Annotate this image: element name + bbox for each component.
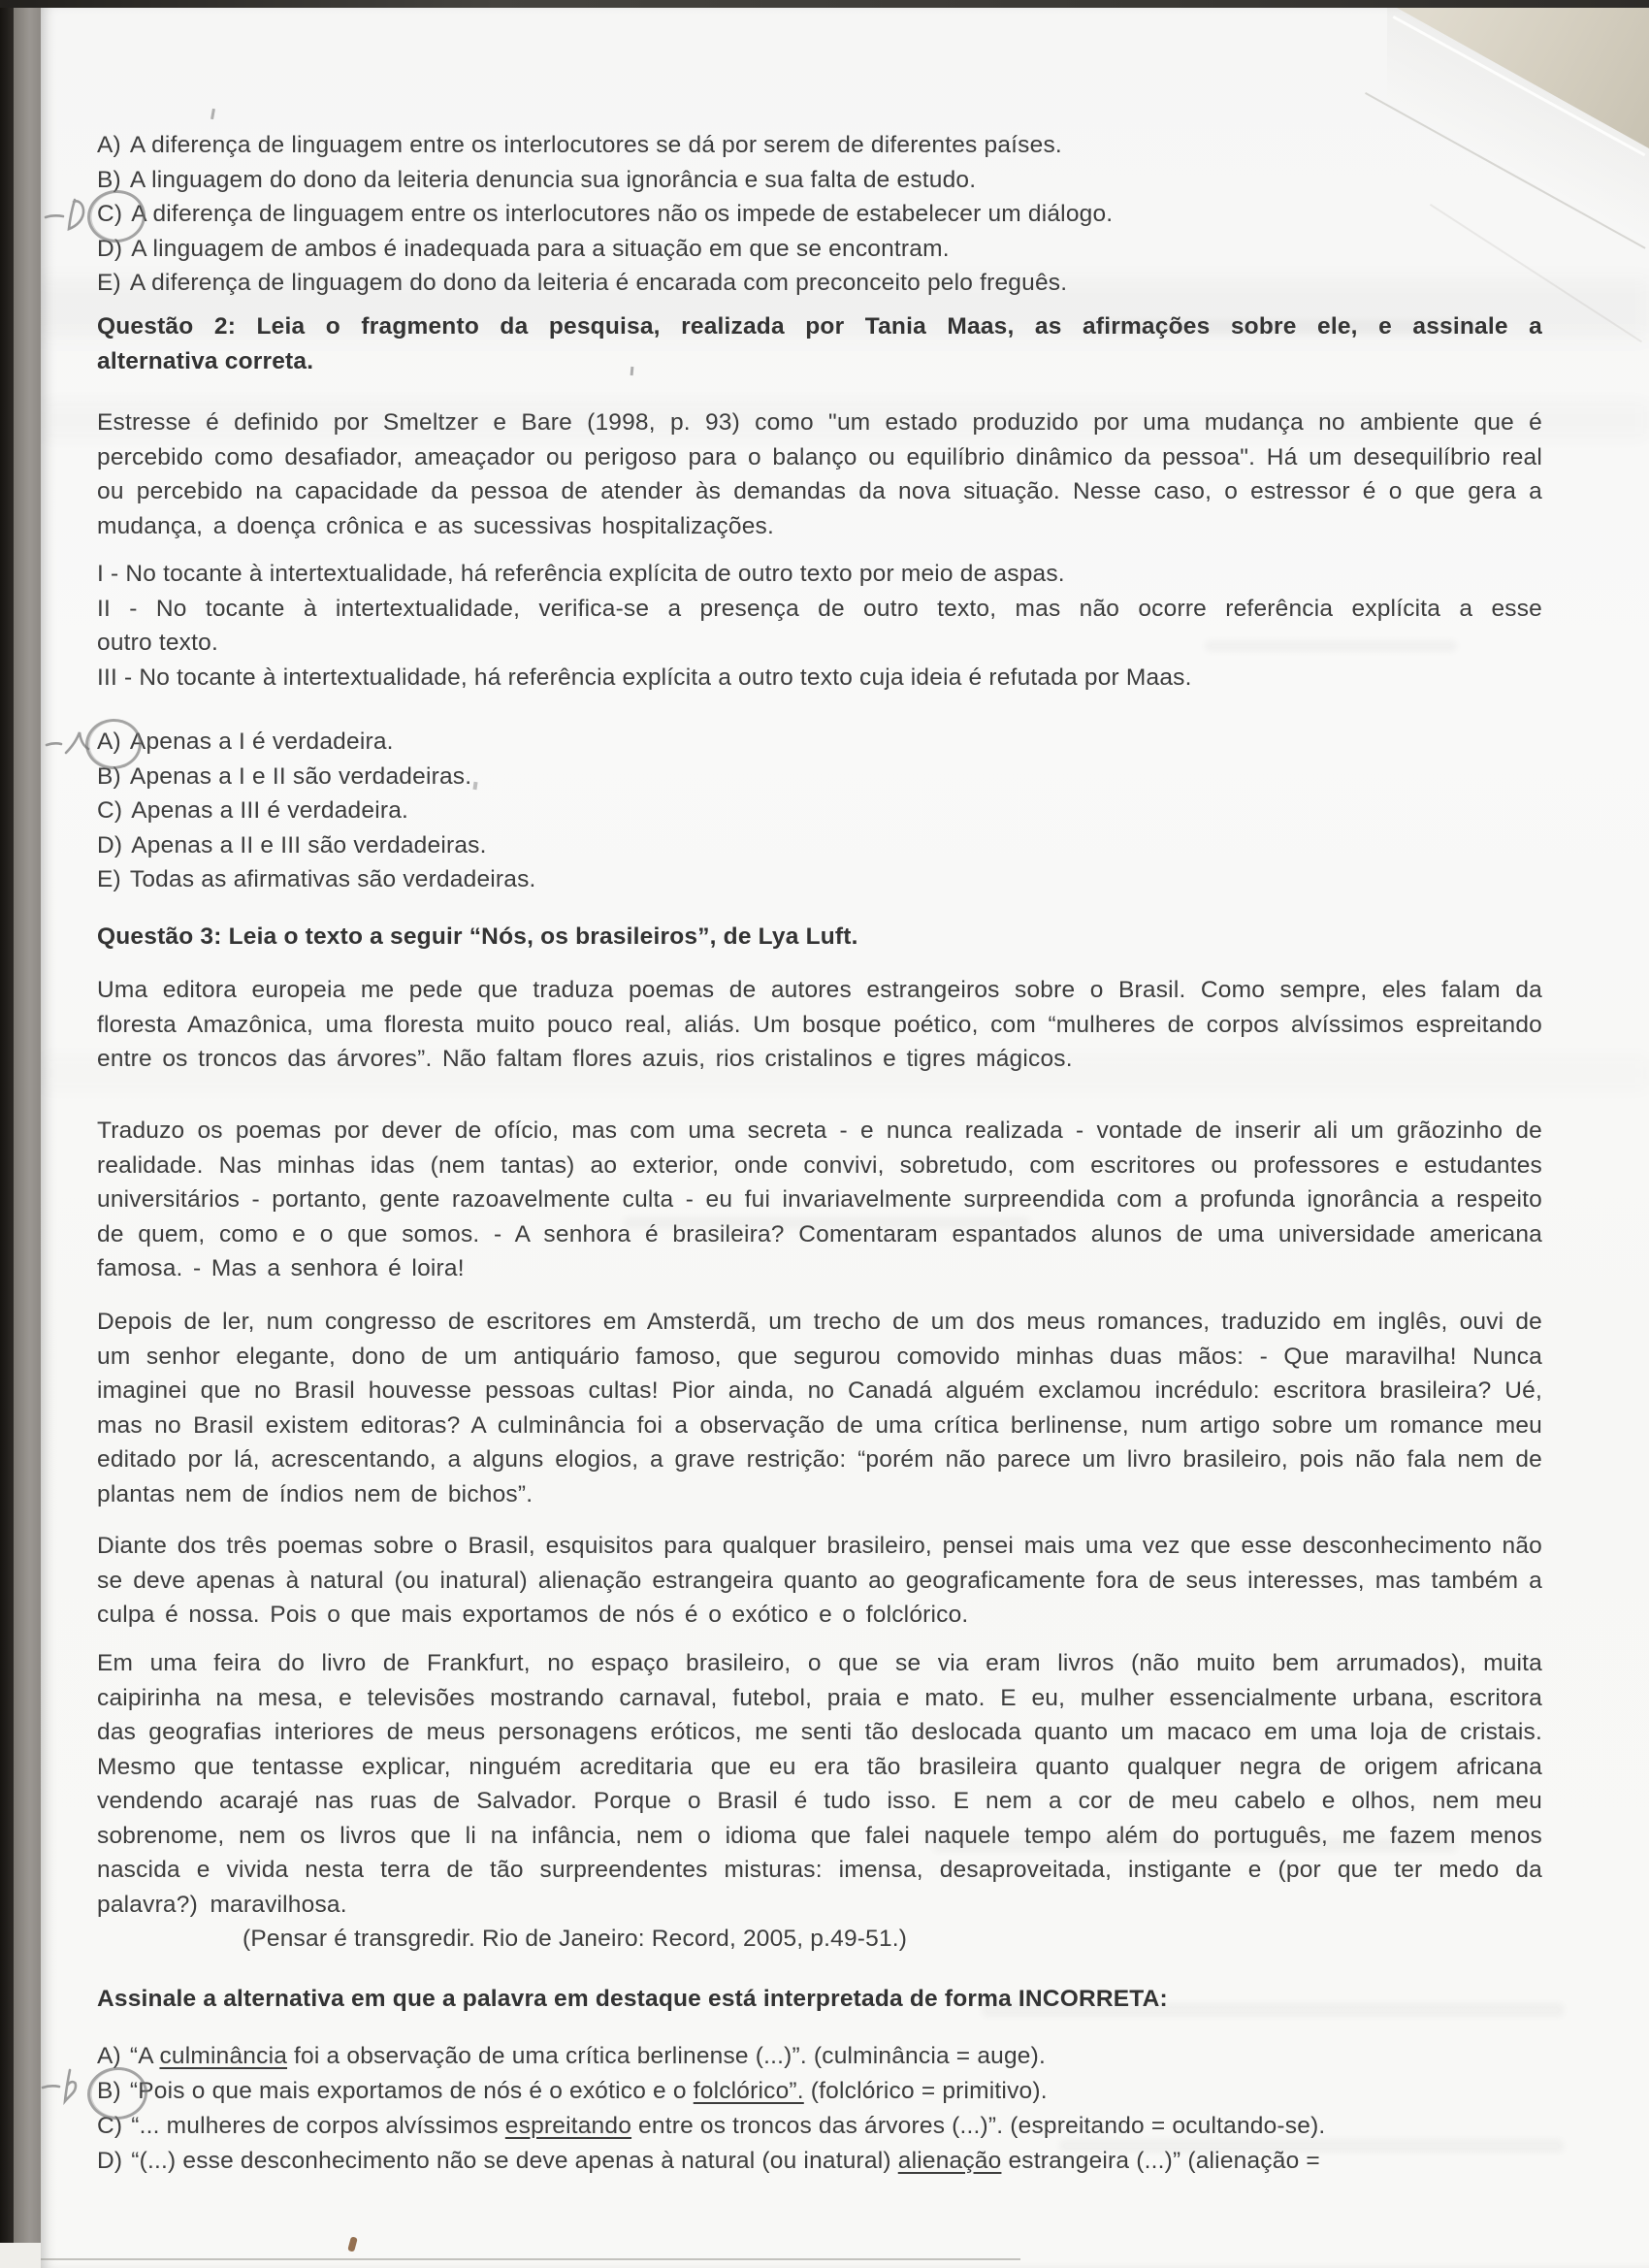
option-row: C)Apenas a III é verdadeira. (97, 794, 1542, 828)
statement-line: I - No tocante à intertextualidade, há r… (97, 557, 1542, 592)
underlined-word: folclórico”. (694, 2078, 804, 2104)
q3-paragraph-5: Em uma feira do livro de Frankfurt, no e… (97, 1646, 1542, 1922)
q2-heading-line2: alternativa correta. (97, 344, 1542, 379)
option-row: C)A diferença de linguagem entre os inte… (97, 197, 1542, 232)
option-text: A diferença de linguagem entre os interl… (131, 201, 1113, 227)
citation: (Pensar é transgredir. Rio de Janeiro: R… (97, 1922, 1649, 1957)
q2-options-block: A)Apenas a I é verdadeira. B)Apenas a I … (97, 725, 1542, 897)
bleed-through-ghost (1088, 320, 1476, 334)
underlined-word: alienação (898, 2148, 1002, 2174)
scan-shade-band (41, 401, 1649, 439)
bleed-through-ghost (933, 1838, 1457, 1852)
bleed-through-ghost (1059, 2139, 1564, 2153)
underlined-word: culminância (159, 2043, 287, 2069)
option-text: Apenas a I e II são verdadeiras. (130, 763, 471, 790)
option-label: D) (97, 2144, 122, 2179)
option-text: “A culminância foi a observação de uma c… (130, 2043, 1046, 2069)
pencil-margin-mark-arrow (45, 724, 91, 766)
option-row: B)A linguagem do dono da leiteria denunc… (97, 163, 1542, 198)
option-row: B)Apenas a I e II são verdadeiras. (97, 760, 1542, 794)
option-text: A linguagem de ambos é inadequada para a… (131, 236, 949, 262)
paper-sheet: A)A diferença de linguagem entre os inte… (41, 8, 1649, 2268)
option-text: “Pois o que mais exportamos de nós é o e… (130, 2078, 1048, 2104)
q3-paragraph-2: Traduzo os poemas por dever de ofício, m… (97, 1114, 1542, 1286)
option-row: E)Todas as afirmativas são verdadeiras. (97, 862, 1542, 897)
option-row: D)A linguagem de ambos é inadequada para… (97, 232, 1542, 267)
option-row: A)A diferença de linguagem entre os inte… (97, 128, 1542, 163)
option-label: C) (97, 794, 122, 828)
option-text: Todas as afirmativas são verdadeiras. (130, 866, 536, 892)
option-row: A)Apenas a I é verdadeira. (97, 725, 1542, 760)
option-label: E) (97, 862, 121, 897)
q2-statements: I - No tocante à intertextualidade, há r… (97, 557, 1542, 695)
pencil-margin-mark-b (41, 2064, 91, 2107)
q3-heading: Questão 3: Leia o texto a seguir “Nós, o… (97, 920, 1542, 955)
q1-options-block: A)A diferença de linguagem entre os inte… (97, 128, 1542, 301)
q3-paragraph-3: Depois de ler, num congresso de escritor… (97, 1305, 1542, 1511)
option-row: D)Apenas a II e III são verdadeiras. (97, 828, 1542, 863)
scan-shade-band (41, 1055, 1649, 1090)
scanner-edge-left-gray (14, 0, 41, 2243)
q3-options-block: A)“A culminância foi a observação de uma… (97, 2039, 1610, 2179)
option-text: “... mulheres de corpos alvíssimos espre… (131, 2113, 1325, 2139)
statement-line: II - No tocante à intertextualidade, ver… (97, 592, 1542, 627)
q3-paragraph-4: Diante dos três poemas sobre o Brasil, e… (97, 1529, 1542, 1633)
option-text: A diferença de linguagem entre os interl… (130, 132, 1062, 158)
bleed-through-ghost (982, 2003, 1564, 2017)
scan-bottom-line (41, 2258, 1020, 2260)
statement-line: III - No tocante à intertextualidade, há… (97, 661, 1542, 696)
option-text: A linguagem do dono da leiteria denuncia… (130, 167, 976, 193)
scanner-edge-bottom-notch (0, 2243, 41, 2268)
option-row: A)“A culminância foi a observação de uma… (97, 2039, 1610, 2074)
scanner-edge-left-black (0, 0, 14, 2243)
pencil-margin-mark-d (43, 194, 93, 237)
scanned-exam-page: A)A diferença de linguagem entre os inte… (0, 0, 1649, 2268)
option-label: D) (97, 828, 122, 863)
bleed-through-ghost (1205, 640, 1457, 652)
option-text: Apenas a III é verdadeira. (131, 797, 408, 824)
underlined-word: espreitando (505, 2113, 631, 2139)
scanner-edge-top (0, 0, 1649, 8)
option-text: Apenas a II e III são verdadeiras. (131, 832, 486, 859)
option-label: A) (97, 128, 121, 163)
option-row: B)“Pois o que mais exportamos de nós é o… (97, 2074, 1610, 2109)
option-text: Apenas a I é verdadeira. (130, 729, 394, 755)
bleed-through-ghost (623, 1217, 1030, 1229)
